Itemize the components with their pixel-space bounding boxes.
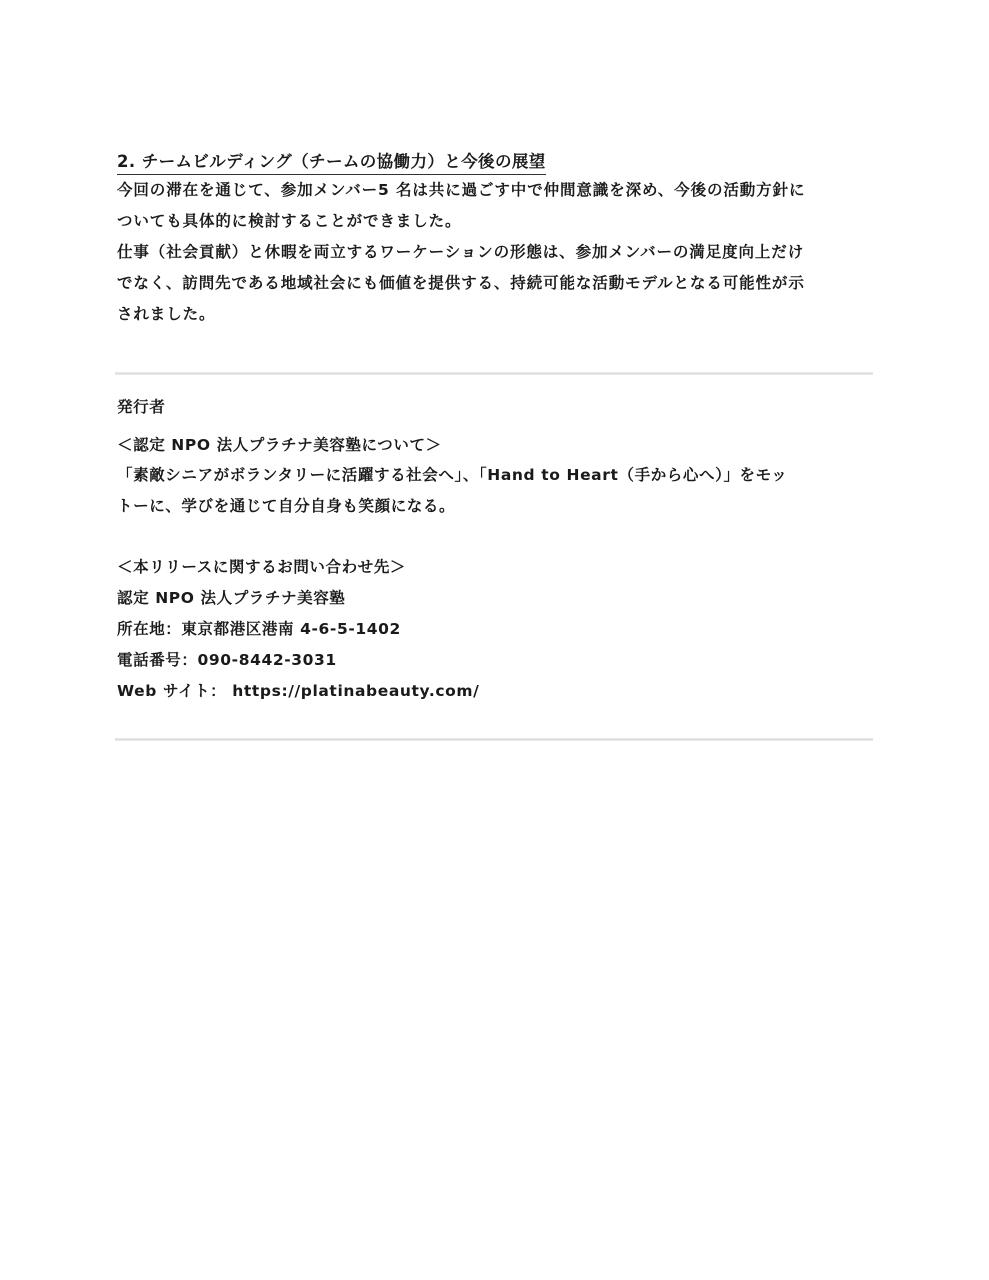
org-name: 認定 NPO 法人プラチナ美容塾 <box>117 586 345 610</box>
divider <box>115 738 873 741</box>
contact-heading: ＜本リリースに関するお問い合わせ先＞ <box>117 555 406 579</box>
address-row: 所在地：東京都港区港南 4-6-5-1402 <box>117 617 401 641</box>
paragraph-line: でなく、訪問先である地域社会にも価値を提供する、持続可能な活動モデルとなる可能性… <box>117 268 877 299</box>
phone-row: 電話番号：090-8442-3031 <box>117 648 337 672</box>
address-label: 所在地： <box>117 620 181 638</box>
paragraph-line: 仕事（社会貢献）と休暇を両立するワーケーションの形態は、参加メンバーの満足度向上… <box>117 237 877 268</box>
website-row: Web サイト： https://platinabeauty.com/ <box>117 679 479 703</box>
website-link[interactable]: https://platinabeauty.com/ <box>232 682 479 700</box>
paragraph-line: 「素敵シニアがボランタリーに活躍する社会へ」、「Hand to Heart（手か… <box>117 460 877 491</box>
section-heading: 2. チームビルディング（チームの協働力）と今後の展望 <box>117 150 546 175</box>
divider <box>115 372 873 375</box>
address-value: 東京都港区港南 4-6-5-1402 <box>181 620 401 638</box>
paragraph-line: されました。 <box>117 299 877 330</box>
paragraph-line: トーに、学びを通じて自分自身も笑顔になる。 <box>117 491 877 522</box>
website-label: Web サイト： <box>117 682 226 700</box>
paragraph-workation: 仕事（社会貢献）と休暇を両立するワーケーションの形態は、参加メンバーの満足度向上… <box>117 237 877 330</box>
phone-label: 電話番号： <box>117 651 198 669</box>
paragraph-line: 今回の滞在を通じて、参加メンバー5 名は共に過ごす中で仲間意識を深め、今後の活動… <box>117 175 877 206</box>
publisher-heading: 発行者 <box>117 395 165 419</box>
about-heading: ＜認定 NPO 法人プラチナ美容塾について＞ <box>117 433 442 457</box>
about-description: 「素敵シニアがボランタリーに活躍する社会へ」、「Hand to Heart（手か… <box>117 460 877 522</box>
paragraph-team-building: 今回の滞在を通じて、参加メンバー5 名は共に過ごす中で仲間意識を深め、今後の活動… <box>117 175 877 237</box>
phone-value: 090-8442-3031 <box>198 651 337 669</box>
paragraph-line: ついても具体的に検討することができました。 <box>117 206 877 237</box>
